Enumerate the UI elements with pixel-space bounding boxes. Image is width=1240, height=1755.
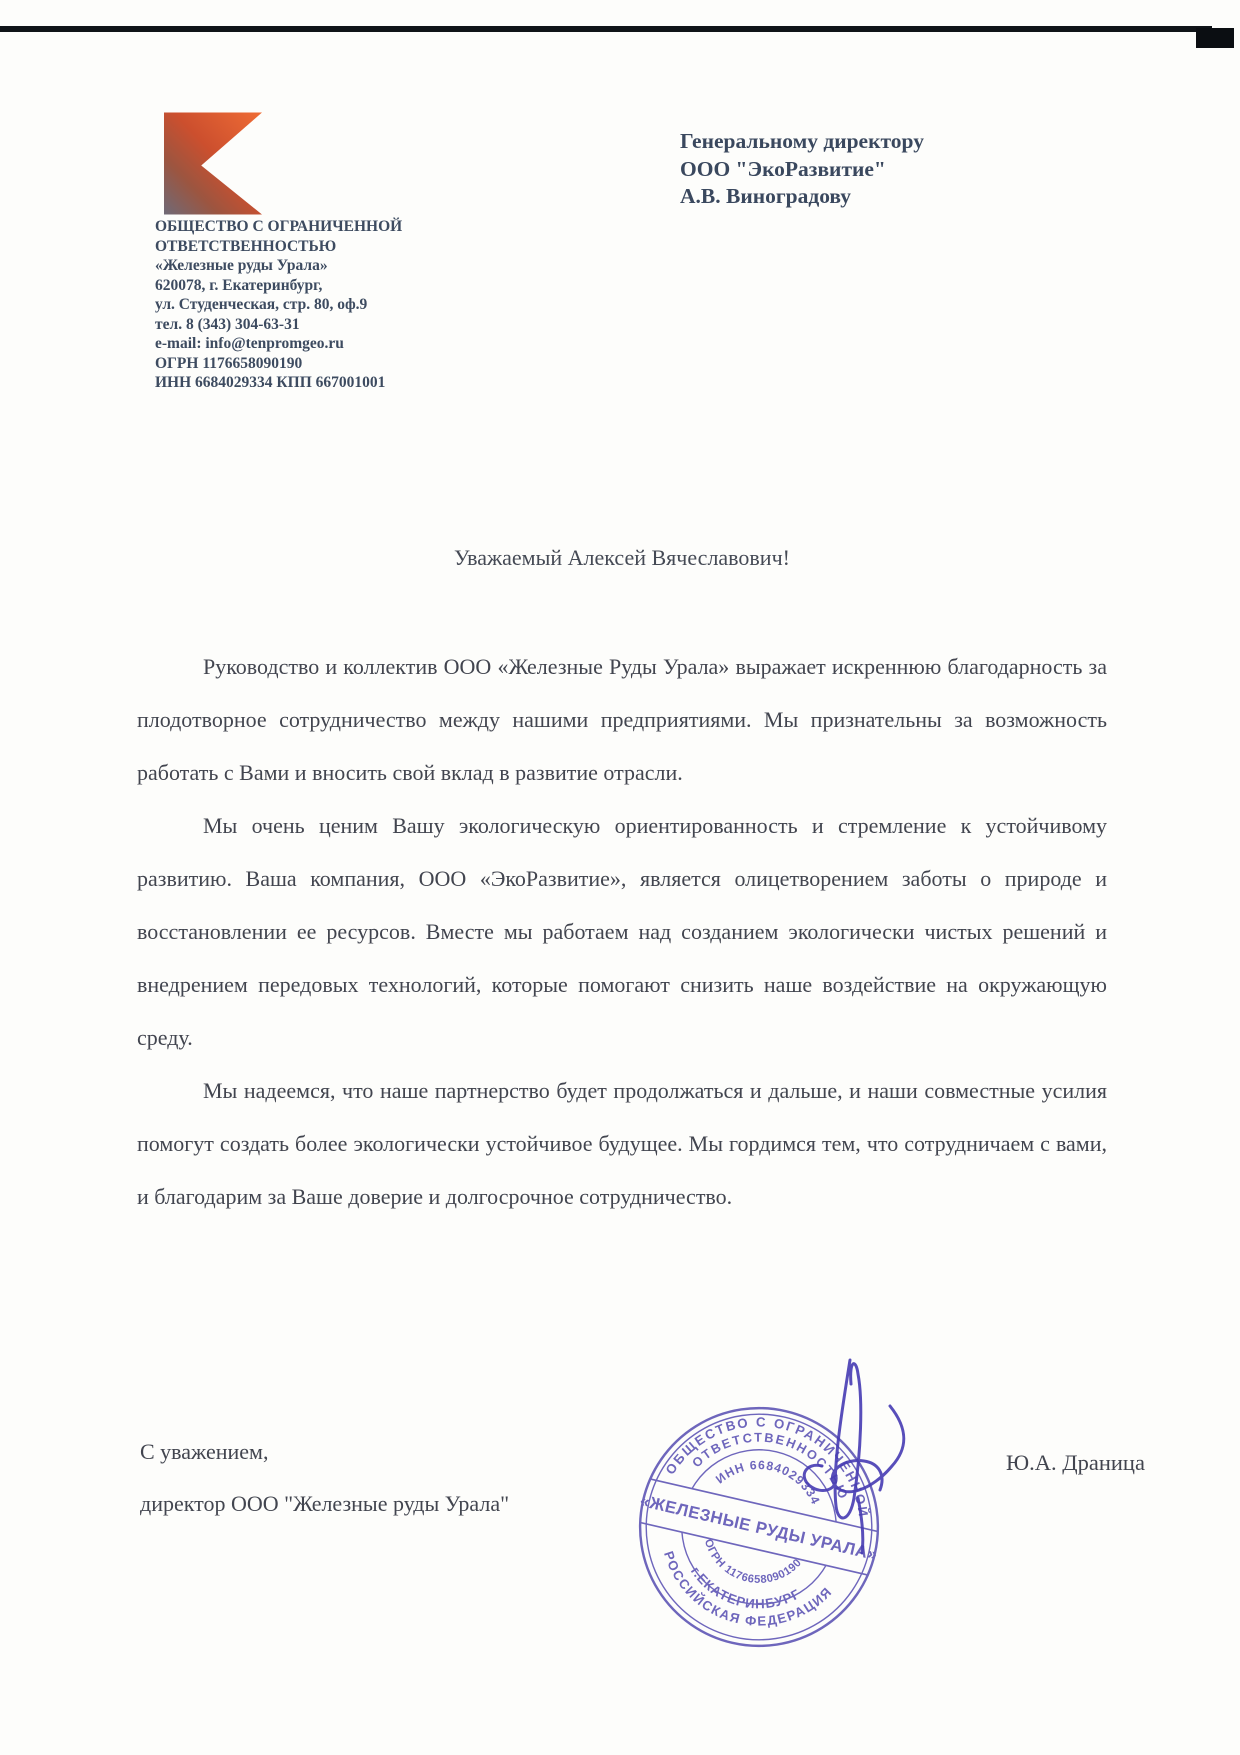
recipient-company: ООО "ЭкоРазвитие": [680, 156, 1100, 184]
closing-regards: С уважением,: [140, 1426, 509, 1478]
body-paragraph: Мы очень ценим Вашу экологическую ориент…: [137, 799, 1107, 1064]
scan-artifact-line: [0, 26, 1212, 32]
letterhead-line: ул. Студенческая, стр. 80, оф.9: [155, 295, 485, 315]
letterhead-email: e-mail: info@tenpromgeo.ru: [155, 334, 485, 354]
letterhead-block: ОБЩЕСТВО С ОГРАНИЧЕННОЙ ОТВЕТСТВЕННОСТЬЮ…: [155, 217, 485, 393]
body-paragraph: Руководство и коллектив ООО «Железные Ру…: [137, 640, 1107, 799]
letterhead-line: «Железные руды Урала»: [155, 256, 485, 276]
company-logo-icon: [164, 112, 262, 215]
letterhead-line: тел. 8 (343) 304-63-31: [155, 315, 485, 335]
recipient-title: Генеральному директору: [680, 128, 1100, 156]
scan-artifact-square: [1196, 28, 1234, 48]
letterhead-ogrn: ОГРН 1176658090190: [155, 354, 485, 374]
letter-body: Руководство и коллектив ООО «Железные Ру…: [137, 640, 1107, 1223]
letterhead-line: 620078, г. Екатеринбург,: [155, 276, 485, 296]
signature-ink: [762, 1348, 942, 1568]
closing-block: С уважением, директор ООО "Железные руды…: [140, 1426, 509, 1530]
salutation: Уважаемый Алексей Вячеславович!: [137, 545, 1107, 571]
letterhead-line: ОТВЕТСТВЕННОСТЬЮ: [155, 237, 485, 257]
recipient-name: А.В. Виноградову: [680, 183, 1100, 211]
letterhead-inn-kpp: ИНН 6684029334 КПП 667001001: [155, 373, 485, 393]
signer-name: Ю.А. Драница: [1006, 1450, 1145, 1476]
recipient-block: Генеральному директору ООО "ЭкоРазвитие"…: [680, 128, 1100, 211]
body-paragraph: Мы надеемся, что наше партнерство будет …: [137, 1064, 1107, 1223]
letterhead-line: ОБЩЕСТВО С ОГРАНИЧЕННОЙ: [155, 217, 485, 237]
letter-page: ОБЩЕСТВО С ОГРАНИЧЕННОЙ ОТВЕТСТВЕННОСТЬЮ…: [0, 0, 1240, 1755]
signer-title: директор ООО "Железные руды Урала": [140, 1478, 509, 1530]
